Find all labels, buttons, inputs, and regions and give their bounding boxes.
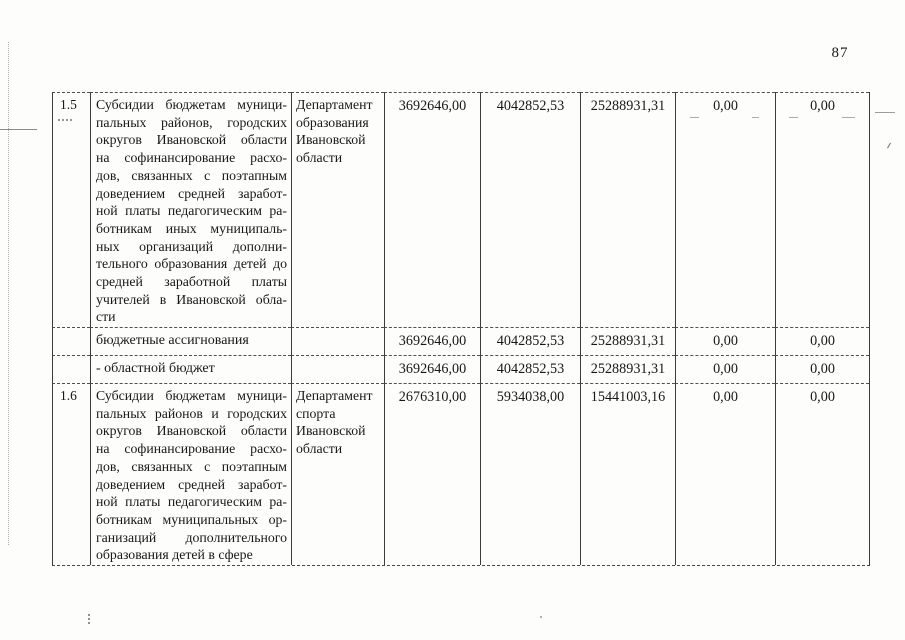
cell-label: - областной бюджет xyxy=(90,355,291,383)
cell-value: 0,00 xyxy=(675,92,775,327)
cell-value: 3692646,00 xyxy=(384,355,480,383)
scanned-document-page: 87 1.5 Субсидии бюджетам муници-пальных … xyxy=(0,0,905,640)
text-line: Департамент xyxy=(296,387,382,405)
text-line: на софинансирование расхо- xyxy=(96,440,287,458)
table-row: - областной бюджет 3692646,00 4042852,53… xyxy=(52,355,869,383)
table-row: 1.6 Субсидии бюджетам муници-пальных рай… xyxy=(52,383,869,565)
text-line: Субсидии бюджетам муници- xyxy=(96,96,287,114)
cell-row-number: 1.6 xyxy=(52,383,90,565)
text-line: ной платы педагогическим ра- xyxy=(96,493,287,511)
text-line: пальных районов и городских xyxy=(96,405,287,423)
text-line: ганизаций дополнительного xyxy=(96,529,287,547)
text-line: Ивановской xyxy=(296,422,382,440)
text-line: дов, связанных с поэтапным xyxy=(96,167,287,185)
text-line: тельного образования детей до xyxy=(96,255,287,273)
text-line: образования xyxy=(296,114,382,132)
cell-value: 0,00 xyxy=(675,383,775,565)
scan-artifact-dots xyxy=(88,614,90,624)
text-line: ботникам иных муниципаль- xyxy=(96,220,287,238)
text-line: области xyxy=(296,149,382,167)
text-line: ной платы педагогическим ра- xyxy=(96,202,287,220)
text-line: на софинансирование расхо- xyxy=(96,149,287,167)
text-line: образования детей в сфере xyxy=(96,546,287,564)
cell-value: 3692646,00 xyxy=(384,327,480,355)
cell-value: 2676310,00 xyxy=(384,383,480,565)
text-line: Ивановской xyxy=(296,131,382,149)
cell-value: 3692646,00 xyxy=(384,92,480,327)
text-line: учителей в Ивановской обла- xyxy=(96,291,287,309)
scan-artifact-margin-line xyxy=(8,42,9,545)
scan-artifact-dot xyxy=(540,616,542,618)
text-line: сти xyxy=(96,308,287,326)
cell-department: ДепартаментобразованияИвановскойобласти xyxy=(291,92,384,327)
cell-description: Субсидии бюджетам муници-пальных районов… xyxy=(90,92,291,327)
cell-value: 0,00 xyxy=(775,327,869,355)
cell-value: 25288931,31 xyxy=(580,92,675,327)
cell-value: 0,00 xyxy=(775,383,869,565)
cell-department xyxy=(291,355,384,383)
text-line: области xyxy=(296,440,382,458)
text-line: доведением средней заработ- xyxy=(96,185,287,203)
text-line: пальных районов, городских xyxy=(96,114,287,132)
cell-value: 25288931,31 xyxy=(580,355,675,383)
text-line: округов Ивановской области xyxy=(96,422,287,440)
text-line: дов, связанных с поэтапным xyxy=(96,458,287,476)
text-line: ботникам муниципальных ор- xyxy=(96,511,287,529)
cell-department xyxy=(291,327,384,355)
cell-value: 0,00 xyxy=(675,355,775,383)
text-line: Департамент xyxy=(296,96,382,114)
cell-row-number xyxy=(52,327,90,355)
cell-description: Субсидии бюджетам муници-пальных районов… xyxy=(90,383,291,565)
text-line: ных организаций дополни- xyxy=(96,238,287,256)
page-number: 87 xyxy=(820,45,860,62)
table-row: 1.5 Субсидии бюджетам муници-пальных рай… xyxy=(52,92,869,327)
cell-value: 0,00 xyxy=(775,355,869,383)
text-line: спорта xyxy=(296,405,382,423)
cell-value: 4042852,53 xyxy=(480,92,580,327)
cell-value: 0,00 xyxy=(775,92,869,327)
cell-row-number: 1.5 xyxy=(52,92,90,327)
cell-value: 0,00 xyxy=(675,327,775,355)
cell-value: 4042852,53 xyxy=(480,355,580,383)
text-line: средней заработной платы xyxy=(96,273,287,291)
cell-value: 5934038,00 xyxy=(480,383,580,565)
scan-artifact-dash xyxy=(875,112,895,113)
cell-value: 15441003,16 xyxy=(580,383,675,565)
scan-artifact-dash xyxy=(0,129,37,130)
budget-subsidies-table: 1.5 Субсидии бюджетам муници-пальных рай… xyxy=(52,92,870,566)
cell-value: 25288931,31 xyxy=(580,327,675,355)
text-line: округов Ивановской области xyxy=(96,131,287,149)
cell-value: 4042852,53 xyxy=(480,327,580,355)
cell-department: ДепартаментспортаИвановскойобласти xyxy=(291,383,384,565)
table-row: бюджетные ассигнования 3692646,00 404285… xyxy=(52,327,869,355)
text-line: Субсидии бюджетам муници- xyxy=(96,387,287,405)
cell-label: бюджетные ассигнования xyxy=(90,327,291,355)
scan-artifact-tick xyxy=(887,143,891,149)
cell-row-number xyxy=(52,355,90,383)
text-line: доведением средней заработ- xyxy=(96,476,287,494)
